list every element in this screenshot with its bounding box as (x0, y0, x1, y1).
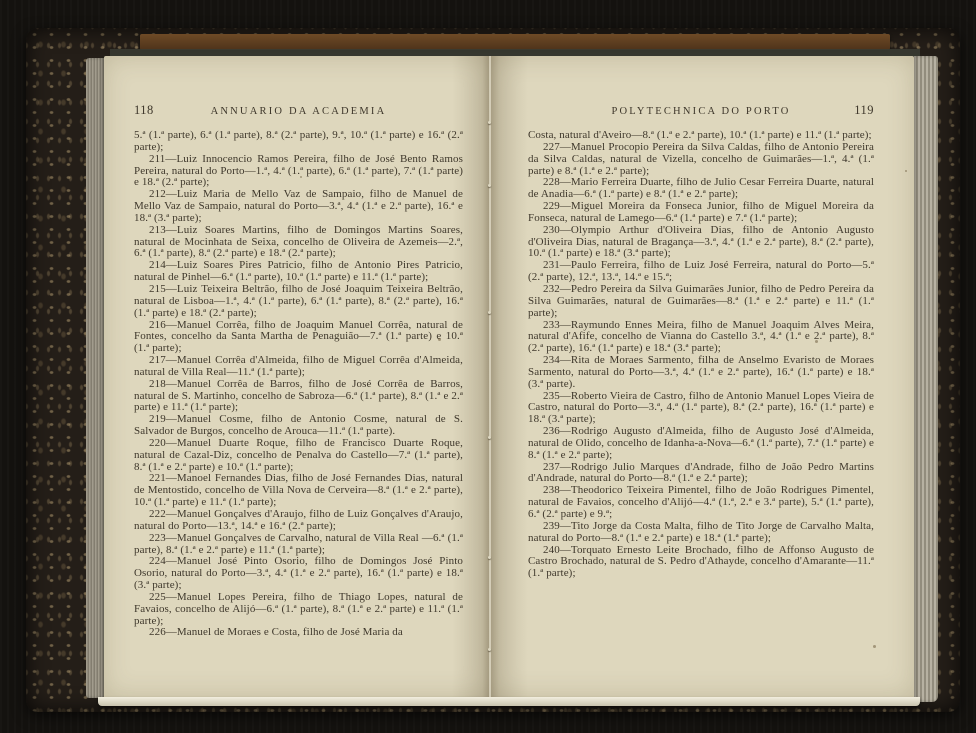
foxing-speck (905, 170, 907, 172)
entry-paragraph: 212—Luiz Maria de Mello Vaz de Sampaio, … (134, 189, 463, 225)
entry-paragraph: 232—Pedro Pereira da Silva Guimarães Jun… (528, 284, 874, 320)
entry-paragraph: 230—Olympio Arthur d'Oliveira Dias, filh… (528, 225, 874, 261)
entry-paragraph: 226—Manuel de Moraes e Costa, filho de J… (134, 627, 463, 639)
entry-paragraph: 236—Rodrigo Augusto d'Almeida, filho de … (528, 426, 874, 462)
page-block: 118 ANNUARIO DA ACADEMIA 000 5.ª (1.ª pa… (86, 56, 938, 706)
page-number-right: 119 (844, 103, 874, 118)
entry-paragraph: 218—Manuel Corrêa de Barros, filho de Jo… (134, 379, 463, 415)
entry-paragraph: 235—Roberto Vieira de Castro, filho de A… (528, 391, 874, 427)
entry-paragraph: 227—Manuel Procopio Pereira da Silva Cal… (528, 142, 874, 178)
entry-paragraph: 215—Luiz Teixeira Beltrão, filho de José… (134, 284, 463, 320)
entry-paragraph: 233—Raymundo Ennes Meira, filho de Manue… (528, 320, 874, 356)
entry-paragraph: 225—Manuel Lopes Pereira, filho de Thiag… (134, 592, 463, 628)
entry-paragraph: 234—Rita de Moraes Sarmento, filha de An… (528, 355, 874, 391)
foxing-speck (300, 176, 302, 178)
page-body-left: 5.ª (1.ª parte), 6.ª (1.ª parte), 8.ª (2… (134, 130, 463, 639)
page-body-right: Costa, natural d'Aveiro—8.ª (1.ª e 2.ª p… (528, 130, 874, 580)
entry-paragraph: 214—Luiz Soares Pires Patricio, filho de… (134, 260, 463, 284)
entry-paragraph: 211—Luiz Innocencio Ramos Pereira, filho… (134, 154, 463, 190)
running-title-left: ANNUARIO DA ACADEMIA (164, 106, 433, 117)
entry-paragraph: 229—Miguel Moreira da Fonseca Junior, fi… (528, 201, 874, 225)
entry-paragraph: 5.ª (1.ª parte), 6.ª (1.ª parte), 8.ª (2… (134, 130, 463, 154)
entry-paragraph: 224—Manuel José Pinto Osorio, filho de D… (134, 556, 463, 592)
entry-paragraph: 213—Luiz Soares Martins, filho de Doming… (134, 225, 463, 261)
book-spine-top-edge (140, 34, 890, 50)
book-scan: 118 ANNUARIO DA ACADEMIA 000 5.ª (1.ª pa… (0, 0, 976, 733)
entry-paragraph: 239—Tito Jorge da Costa Malta, filho de … (528, 521, 874, 545)
page-bottom-edge (98, 697, 920, 706)
entry-paragraph: 237—Rodrigo Julio Marques d'Andrade, fil… (528, 462, 874, 486)
page-number-left: 118 (134, 103, 164, 118)
entry-paragraph: 231—Paulo Ferreira, filho de Luiz José F… (528, 260, 874, 284)
entry-paragraph: 222—Manuel Gonçalves d'Araujo, filho de … (134, 509, 463, 533)
page-header-left: 118 ANNUARIO DA ACADEMIA 000 (104, 103, 490, 118)
foxing-speck (438, 338, 441, 341)
entry-paragraph: 228—Mario Ferreira Duarte, filho de Juli… (528, 177, 874, 201)
foxing-speck (815, 340, 818, 343)
page-header-right: 000 POLYTECHNICA DO PORTO 119 (490, 103, 914, 118)
entry-paragraph: 219—Manuel Cosme, filho de Antonio Cosme… (134, 414, 463, 438)
running-title-right: POLYTECHNICA DO PORTO (558, 106, 844, 117)
page-stack-edge-right (914, 56, 938, 702)
foxing-speck (873, 645, 876, 648)
page-stack-edge-left (86, 58, 104, 698)
entry-paragraph: 220—Manuel Duarte Roque, filho de Franci… (134, 438, 463, 474)
entry-paragraph: 238—Theodorico Teixeira Pimentel, filho … (528, 485, 874, 521)
entry-paragraph: 216—Manuel Corrêa, filho de Joaquim Manu… (134, 320, 463, 356)
entry-paragraph: 240—Torquato Ernesto Leite Brochado, fil… (528, 545, 874, 581)
page-right: 000 POLYTECHNICA DO PORTO 119 Costa, nat… (490, 56, 914, 697)
page-left: 118 ANNUARIO DA ACADEMIA 000 5.ª (1.ª pa… (104, 56, 490, 697)
entry-paragraph: 221—Manoel Fernandes Dias, filho de José… (134, 473, 463, 509)
entry-paragraph: 217—Manuel Corrêa d'Almeida, filho de Mi… (134, 355, 463, 379)
entry-paragraph: 223—Manuel Gonçalves de Carvalho, natura… (134, 533, 463, 557)
